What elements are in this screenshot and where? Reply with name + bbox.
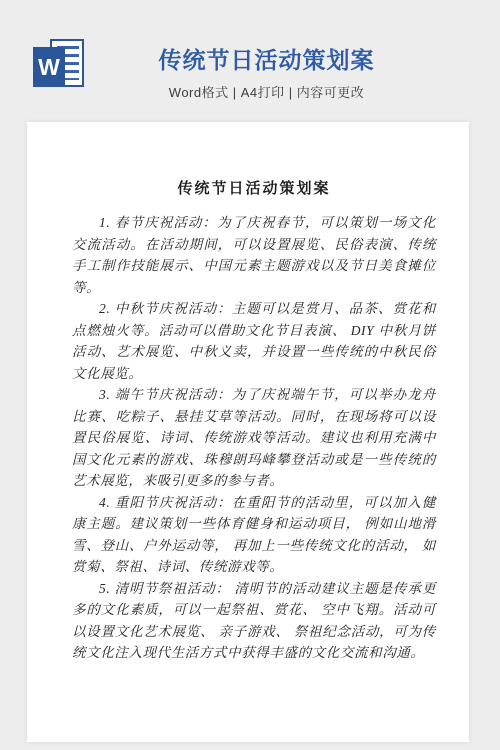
preview-canvas: W 传统节日活动策划案 Word格式 | A4打印 | 内容可更改 传统节日活动… — [0, 0, 500, 750]
word-icon-w-panel: W — [33, 47, 65, 87]
document-paragraph-spring-festival: 1. 春节庆祝活动：为了庆祝春节，可以策划一场文化交流活动。在活动期间，可以设置… — [72, 212, 436, 298]
header-text-block: 传统节日活动策划案 Word格式 | A4打印 | 内容可更改 — [88, 42, 445, 101]
document-paragraph-qingming: 5. 清明节祭祖活动： 清明节的活动建议主题是传承更多的文化素质，可以一起祭祖、… — [72, 578, 436, 664]
header-subtitle: Word格式 | A4打印 | 内容可更改 — [88, 82, 445, 101]
document-page: 传统节日活动策划案 1. 春节庆祝活动：为了庆祝春节，可以策划一场文化交流活动。… — [27, 122, 469, 742]
document-paragraph-mid-autumn: 2. 中秋节庆祝活动：主题可以是赏月、品茶、赏花和点燃烛火等。活动可以借助文化节… — [72, 298, 436, 384]
document-paragraph-dragon-boat: 3. 端午节庆祝活动：为了庆祝端午节，可以举办龙舟比赛、吃粽子、悬挂艾草等活动。… — [72, 384, 436, 492]
word-icon: W — [33, 39, 87, 93]
document-paragraph-double-ninth: 4. 重阳节庆祝活动：在重阳节的活动里，可以加入健康主题。建议策划一些体育健身和… — [72, 492, 436, 578]
document-body: 1. 春节庆祝活动：为了庆祝春节，可以策划一场文化交流活动。在活动期间，可以设置… — [72, 212, 436, 664]
header: W 传统节日活动策划案 Word格式 | A4打印 | 内容可更改 — [0, 0, 500, 122]
header-title: 传统节日活动策划案 — [88, 42, 445, 75]
document-title: 传统节日活动策划案 — [72, 180, 436, 198]
